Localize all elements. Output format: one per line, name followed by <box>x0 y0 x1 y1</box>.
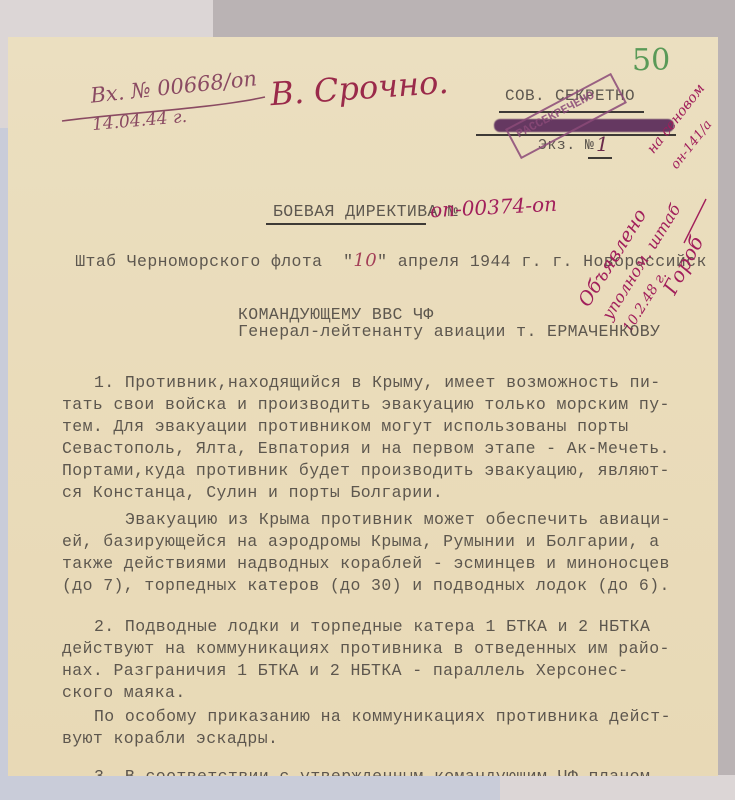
signature-stroke <box>680 197 710 247</box>
date-quote-close: " <box>377 252 387 271</box>
text-line: вуют корабли эскадры. <box>62 729 278 748</box>
issuer-name: Штаб Черноморского флота <box>75 252 322 271</box>
addressee-line2: Генерал-лейтенанту авиации т. ЕРМАЧЕНКОВ… <box>238 322 660 341</box>
text-line: (до 7), торпедных катеров (до 30) и подв… <box>62 576 670 595</box>
text-line: действуют на коммуникациях противника в … <box>62 639 670 658</box>
text-line: ей, базирующейся на аэродромы Крыма, Рум… <box>62 532 660 551</box>
document-page: Вх. № 00668/оп 14.04.44 г. В. Срочно. 50… <box>8 37 718 776</box>
text-line: Портами,куда противник будет производить… <box>62 461 670 480</box>
directive-title-underline <box>266 223 426 225</box>
text-line: 1. Противник,находящийся в Крыму, имеет … <box>94 373 661 392</box>
directive-number: оп-00374-оп <box>429 192 557 223</box>
date-day: 10 <box>353 250 377 271</box>
background-panel-bottom-right <box>500 775 735 800</box>
text-line: Севастополь, Ялта, Евпатория и на первом… <box>62 439 670 458</box>
text-line: По особому приказанию на коммуникациях п… <box>94 707 671 726</box>
text-line: 2. Подводные лодки и торпедные катера 1 … <box>94 617 650 636</box>
text-line: нах. Разграничия 1 БТКА и 2 НБТКА - пара… <box>62 661 629 680</box>
background-panel-bottom-left <box>0 775 500 800</box>
text-line: 3. В соответствии с утвержденным команду… <box>94 767 650 776</box>
text-line: тем. Для эвакуации противником могут исп… <box>62 417 629 436</box>
text-line: ся Констанца, Сулин и порты Болгарии. <box>62 483 443 502</box>
text-line: Эвакуацию из Крыма противник может обесп… <box>125 510 671 529</box>
text-line: ского маяка. <box>62 683 186 702</box>
page-number: 50 <box>632 43 670 78</box>
background-panel-top-right <box>213 0 735 37</box>
urgent-mark: В. Срочно. <box>269 63 450 113</box>
date-quote-open: " <box>343 252 353 271</box>
copy-number: 1 <box>596 132 609 156</box>
copy-number-underline <box>588 157 612 159</box>
date-rest: апреля 1944 г. г. Новороссийск <box>398 252 707 271</box>
text-line: тать свои войска и производить эвакуацию… <box>62 395 670 414</box>
text-line: также действиями надводных кораблей - эс… <box>62 554 670 573</box>
redaction-underline <box>476 134 676 136</box>
background-panel-right <box>718 37 735 777</box>
